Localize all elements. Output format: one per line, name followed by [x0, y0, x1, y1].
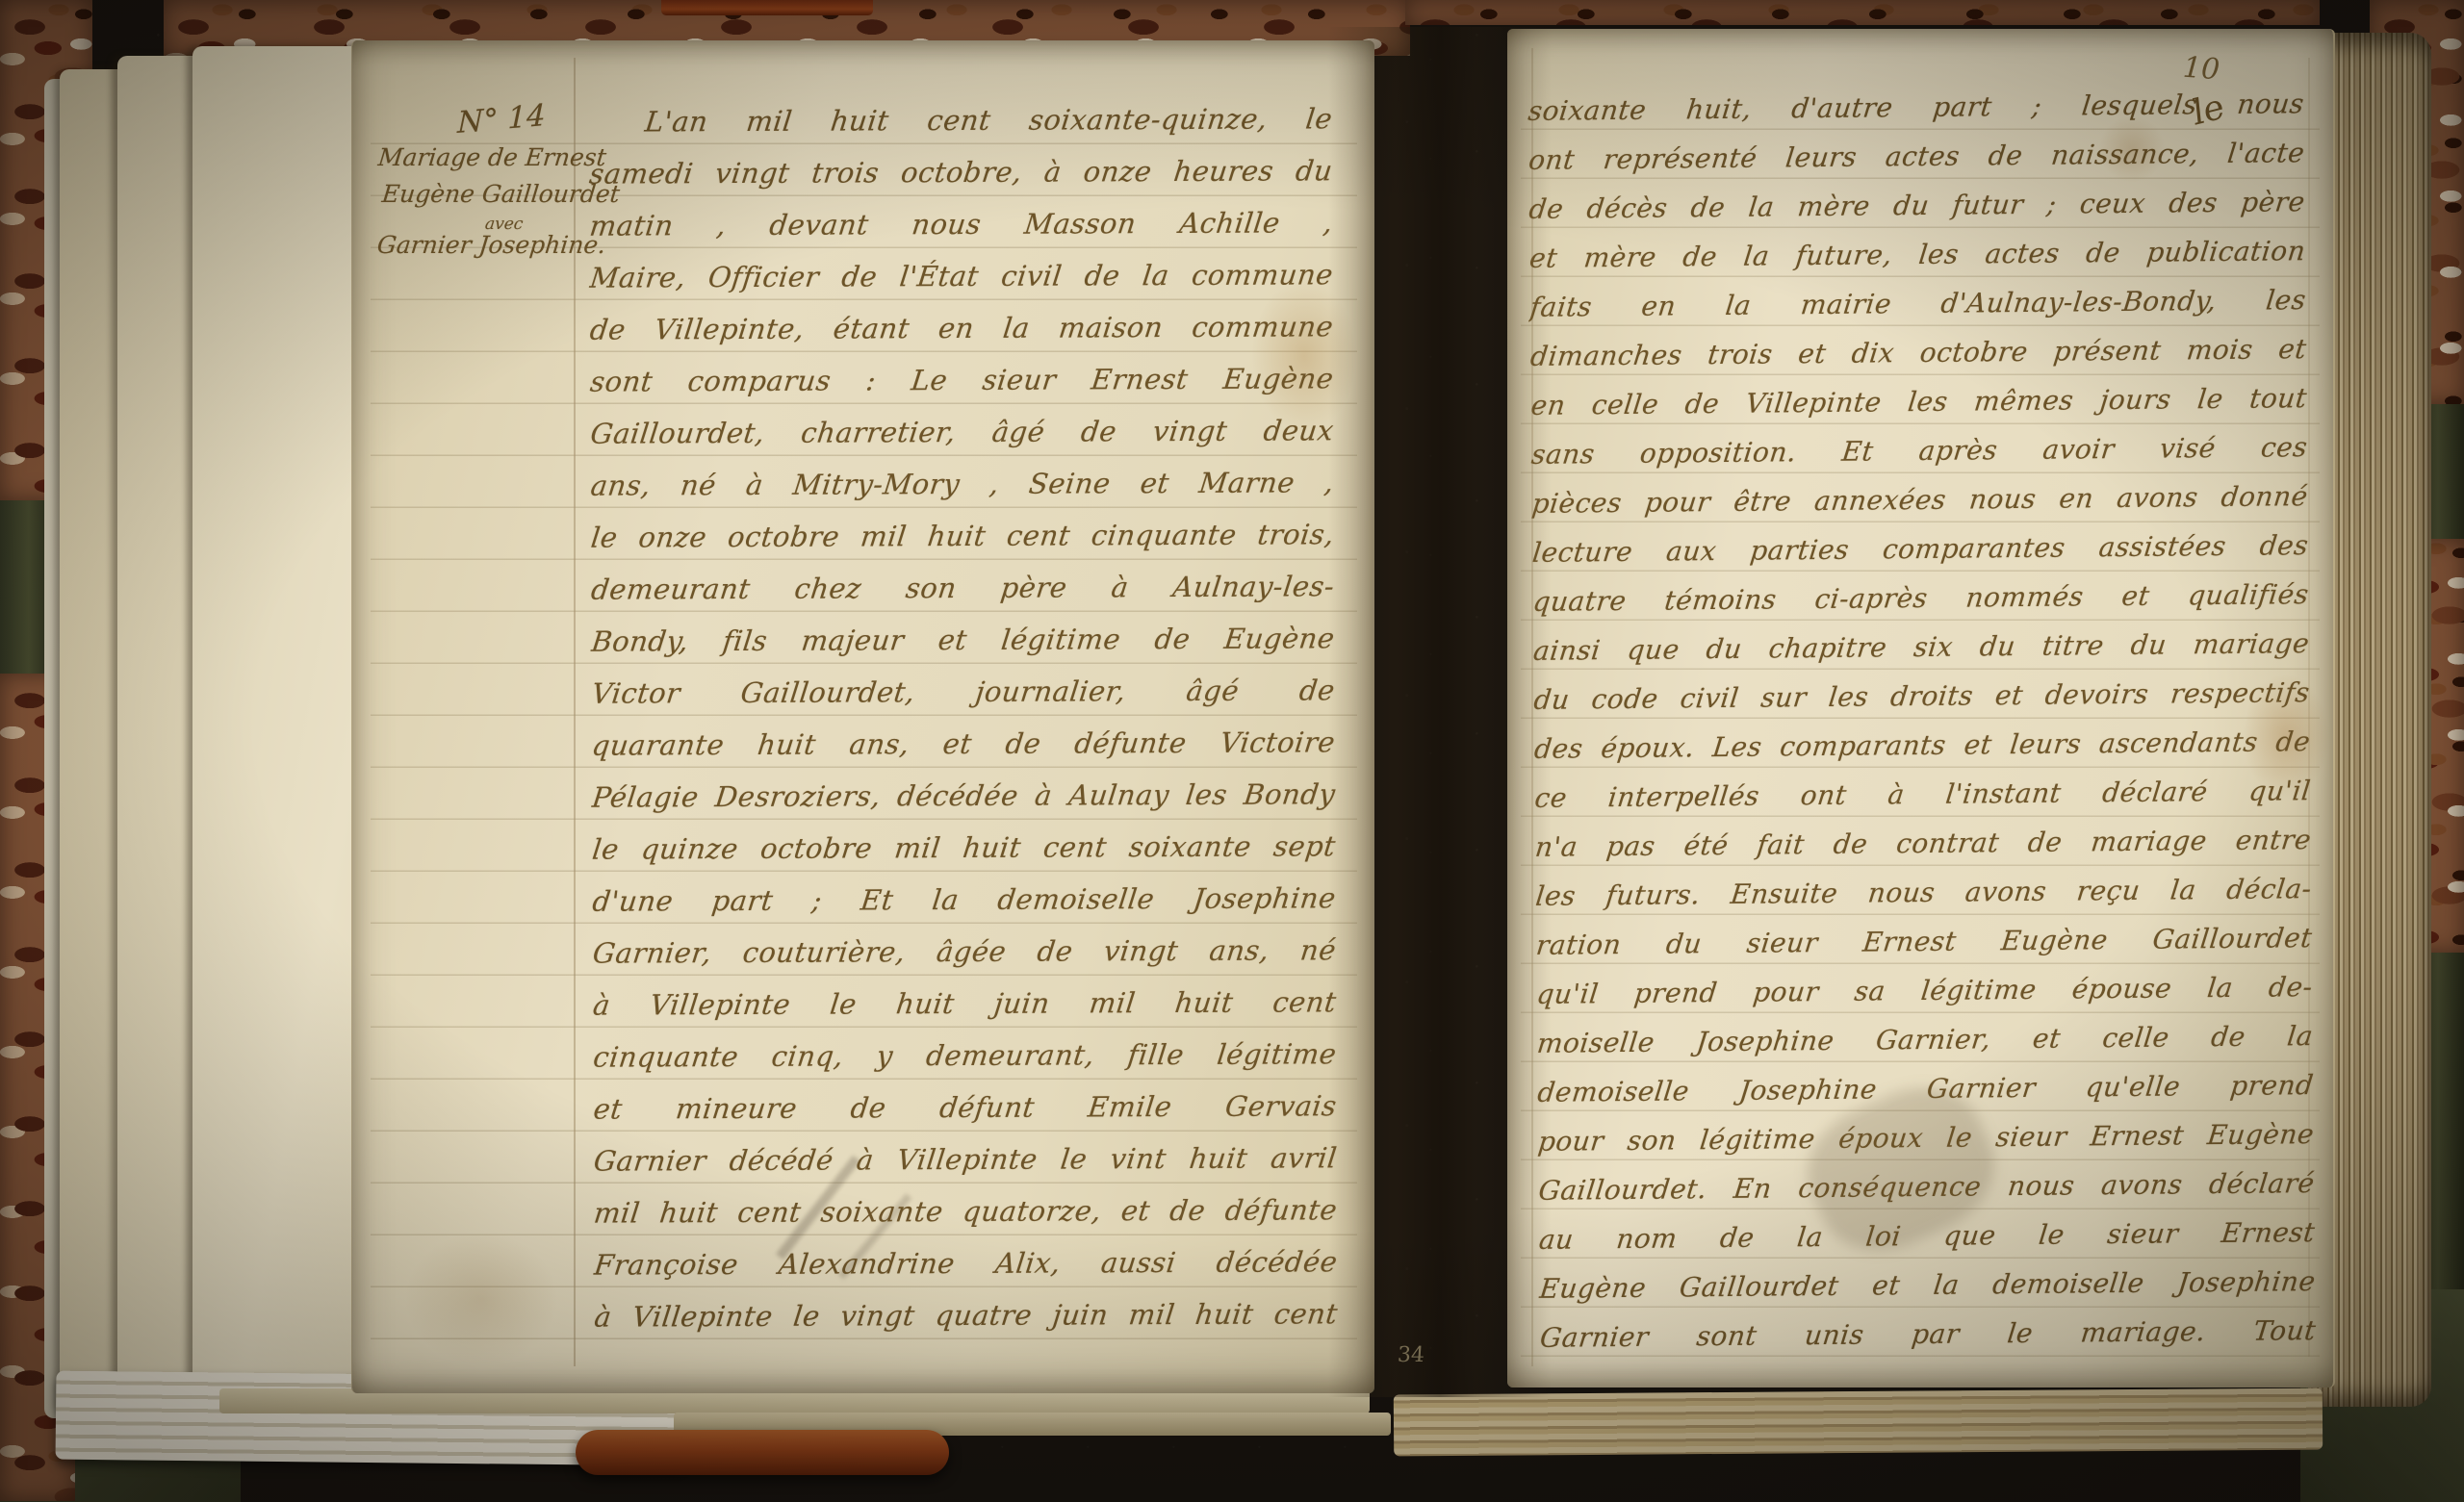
manuscript-line: Victor Gaillourdet, journalier, âgé de — [589, 664, 1338, 719]
manuscript-line: sans opposition. Et après avoir visé ces — [1528, 422, 2310, 479]
manuscript-line: au nom de la loi que le sieur Ernest — [1536, 1208, 2318, 1264]
manuscript-line: demeurant chez son père à Aulnay-les- — [588, 560, 1337, 615]
cradle-bar-bottom — [576, 1430, 949, 1475]
margin-note-line: Mariage de Ernest — [376, 143, 607, 171]
manuscript-line: à Villepinte le vingt quatre juin mil hu… — [592, 1287, 1341, 1342]
cradle-bar-top — [661, 0, 873, 15]
manuscript-line: dimanches trois et dix octobre présent m… — [1527, 324, 2309, 381]
manuscript-line: à Villepinte le huit juin mil huit cent — [590, 976, 1339, 1031]
manuscript-line: Pélagie Desroziers, décédée à Aulnay les… — [589, 768, 1338, 823]
margin-note-line: Eugène Gaillourdet — [380, 180, 621, 208]
manuscript-line: ont représenté leurs actes de naissance,… — [1527, 128, 2308, 185]
manuscript-line: soixante huit, d'autre part ; lesquels n… — [1526, 79, 2307, 136]
manuscript-line: cinquante cinq, y demeurant, fille légit… — [590, 1028, 1339, 1082]
manuscript-line: Bondy, fils majeur et légitime de Eugène — [588, 612, 1337, 667]
manuscript-line: Garnier, couturière, âgée de vingt ans, … — [590, 924, 1339, 979]
manuscript-line: lecture aux parties comparantes assistée… — [1529, 521, 2311, 577]
manuscript-line: ration du sieur Ernest Eugène Gaillourde… — [1533, 913, 2315, 970]
manuscript-line: le onze octobre mil huit cent cinquante … — [588, 508, 1337, 563]
manuscript-line: ce interpellés ont à l'instant déclaré q… — [1532, 766, 2314, 823]
manuscript-line: du code civil sur les droits et devoirs … — [1531, 668, 2313, 725]
manuscript-line: L'an mil huit cent soixante-quinze, le — [586, 92, 1335, 147]
manuscript-line: Gaillourdet. En conséquence nous avons d… — [1536, 1158, 2318, 1215]
manuscript-line: matin , devant nous Masson Achille , — [587, 196, 1336, 251]
manuscript-line: pour son légitime époux le sieur Ernest … — [1535, 1109, 2317, 1166]
manuscript-line: Françoise Alexandrine Alix, aussi décédé… — [591, 1235, 1340, 1290]
manuscript-line: samedi vingt trois octobre, à onze heure… — [586, 144, 1335, 199]
manuscript-line: d'une part ; Et la demoiselle Josephine — [590, 872, 1339, 927]
manuscript-line: Garnier décédé à Villepinte le vint huit… — [591, 1132, 1340, 1186]
bottom-page-edges-right — [1394, 1388, 2323, 1457]
manuscript-line: le quinze octobre mil huit cent soixante… — [589, 820, 1338, 875]
manuscript-line: de Villepinte, étant en la maison commun… — [587, 300, 1336, 355]
manuscript-line: demoiselle Josephine Garnier qu'elle pre… — [1535, 1060, 2317, 1117]
manuscript-line: ainsi que du chapitre six du titre du ma… — [1530, 619, 2312, 675]
right-page-text: soixante huit, d'autre part ; lesquels n… — [1528, 79, 2317, 1362]
page-number: 10 — [2182, 51, 2221, 88]
interline-insertion: le — [2191, 87, 2225, 134]
manuscript-line: pièces pour être annexées nous en avons … — [1529, 471, 2311, 528]
manuscript-line: mil huit cent soixante quatorze, et de d… — [591, 1184, 1340, 1238]
manuscript-line: et mère de la future, les actes de publi… — [1527, 226, 2308, 283]
manuscript-line: les futurs. Ensuite nous avons reçu la d… — [1533, 864, 2315, 921]
manuscript-line: n'a pas été fait de contrat de mariage e… — [1532, 815, 2314, 872]
manuscript-line: sont comparus : Le sieur Ernest Eugène — [587, 352, 1336, 407]
manuscript-line: et mineure de défunt Emile Gervais — [591, 1080, 1340, 1134]
manuscript-line: Garnier sont unis par le mariage. Tout — [1537, 1306, 2319, 1362]
manuscript-line: ans, né à Mitry-Mory , Seine et Marne , — [588, 456, 1337, 511]
manuscript-line: Eugène Gaillourdet et la demoiselle Jose… — [1537, 1257, 2319, 1313]
manuscript-line: Gaillourdet, charretier, âgé de vingt de… — [588, 404, 1337, 459]
left-page-text: L'an mil huit cent soixante-quinze, lesa… — [589, 92, 1338, 1342]
folio-number: 34 — [1397, 1343, 1425, 1367]
manuscript-line: Maire, Officier de l'État civil de la co… — [587, 248, 1336, 303]
manuscript-line: faits en la mairie d'Aulnay-les-Bondy, l… — [1527, 275, 2309, 332]
manuscript-line: en celle de Villepinte les mêmes jours l… — [1528, 373, 2310, 430]
margin-note-line: Garnier Josephine. — [375, 231, 606, 259]
marbled-endpaper-top-right — [1405, 0, 2320, 25]
photo-background: N° 14 Mariage de Ernest Eugène Gaillourd… — [0, 0, 2464, 1502]
manuscript-line: des époux. Les comparants et leurs ascen… — [1531, 717, 2313, 774]
manuscript-line: qu'il prend pour sa légitime épouse la d… — [1534, 962, 2316, 1019]
manuscript-line: quatre témoins ci-après nommés et qualif… — [1530, 570, 2312, 626]
manuscript-line: moiselle Josephine Garnier, et celle de … — [1534, 1011, 2316, 1068]
manuscript-line: de décès de la mère du futur ; ceux des … — [1527, 177, 2308, 234]
manuscript-line: quarante huit ans, et de défunte Victoir… — [589, 716, 1338, 771]
